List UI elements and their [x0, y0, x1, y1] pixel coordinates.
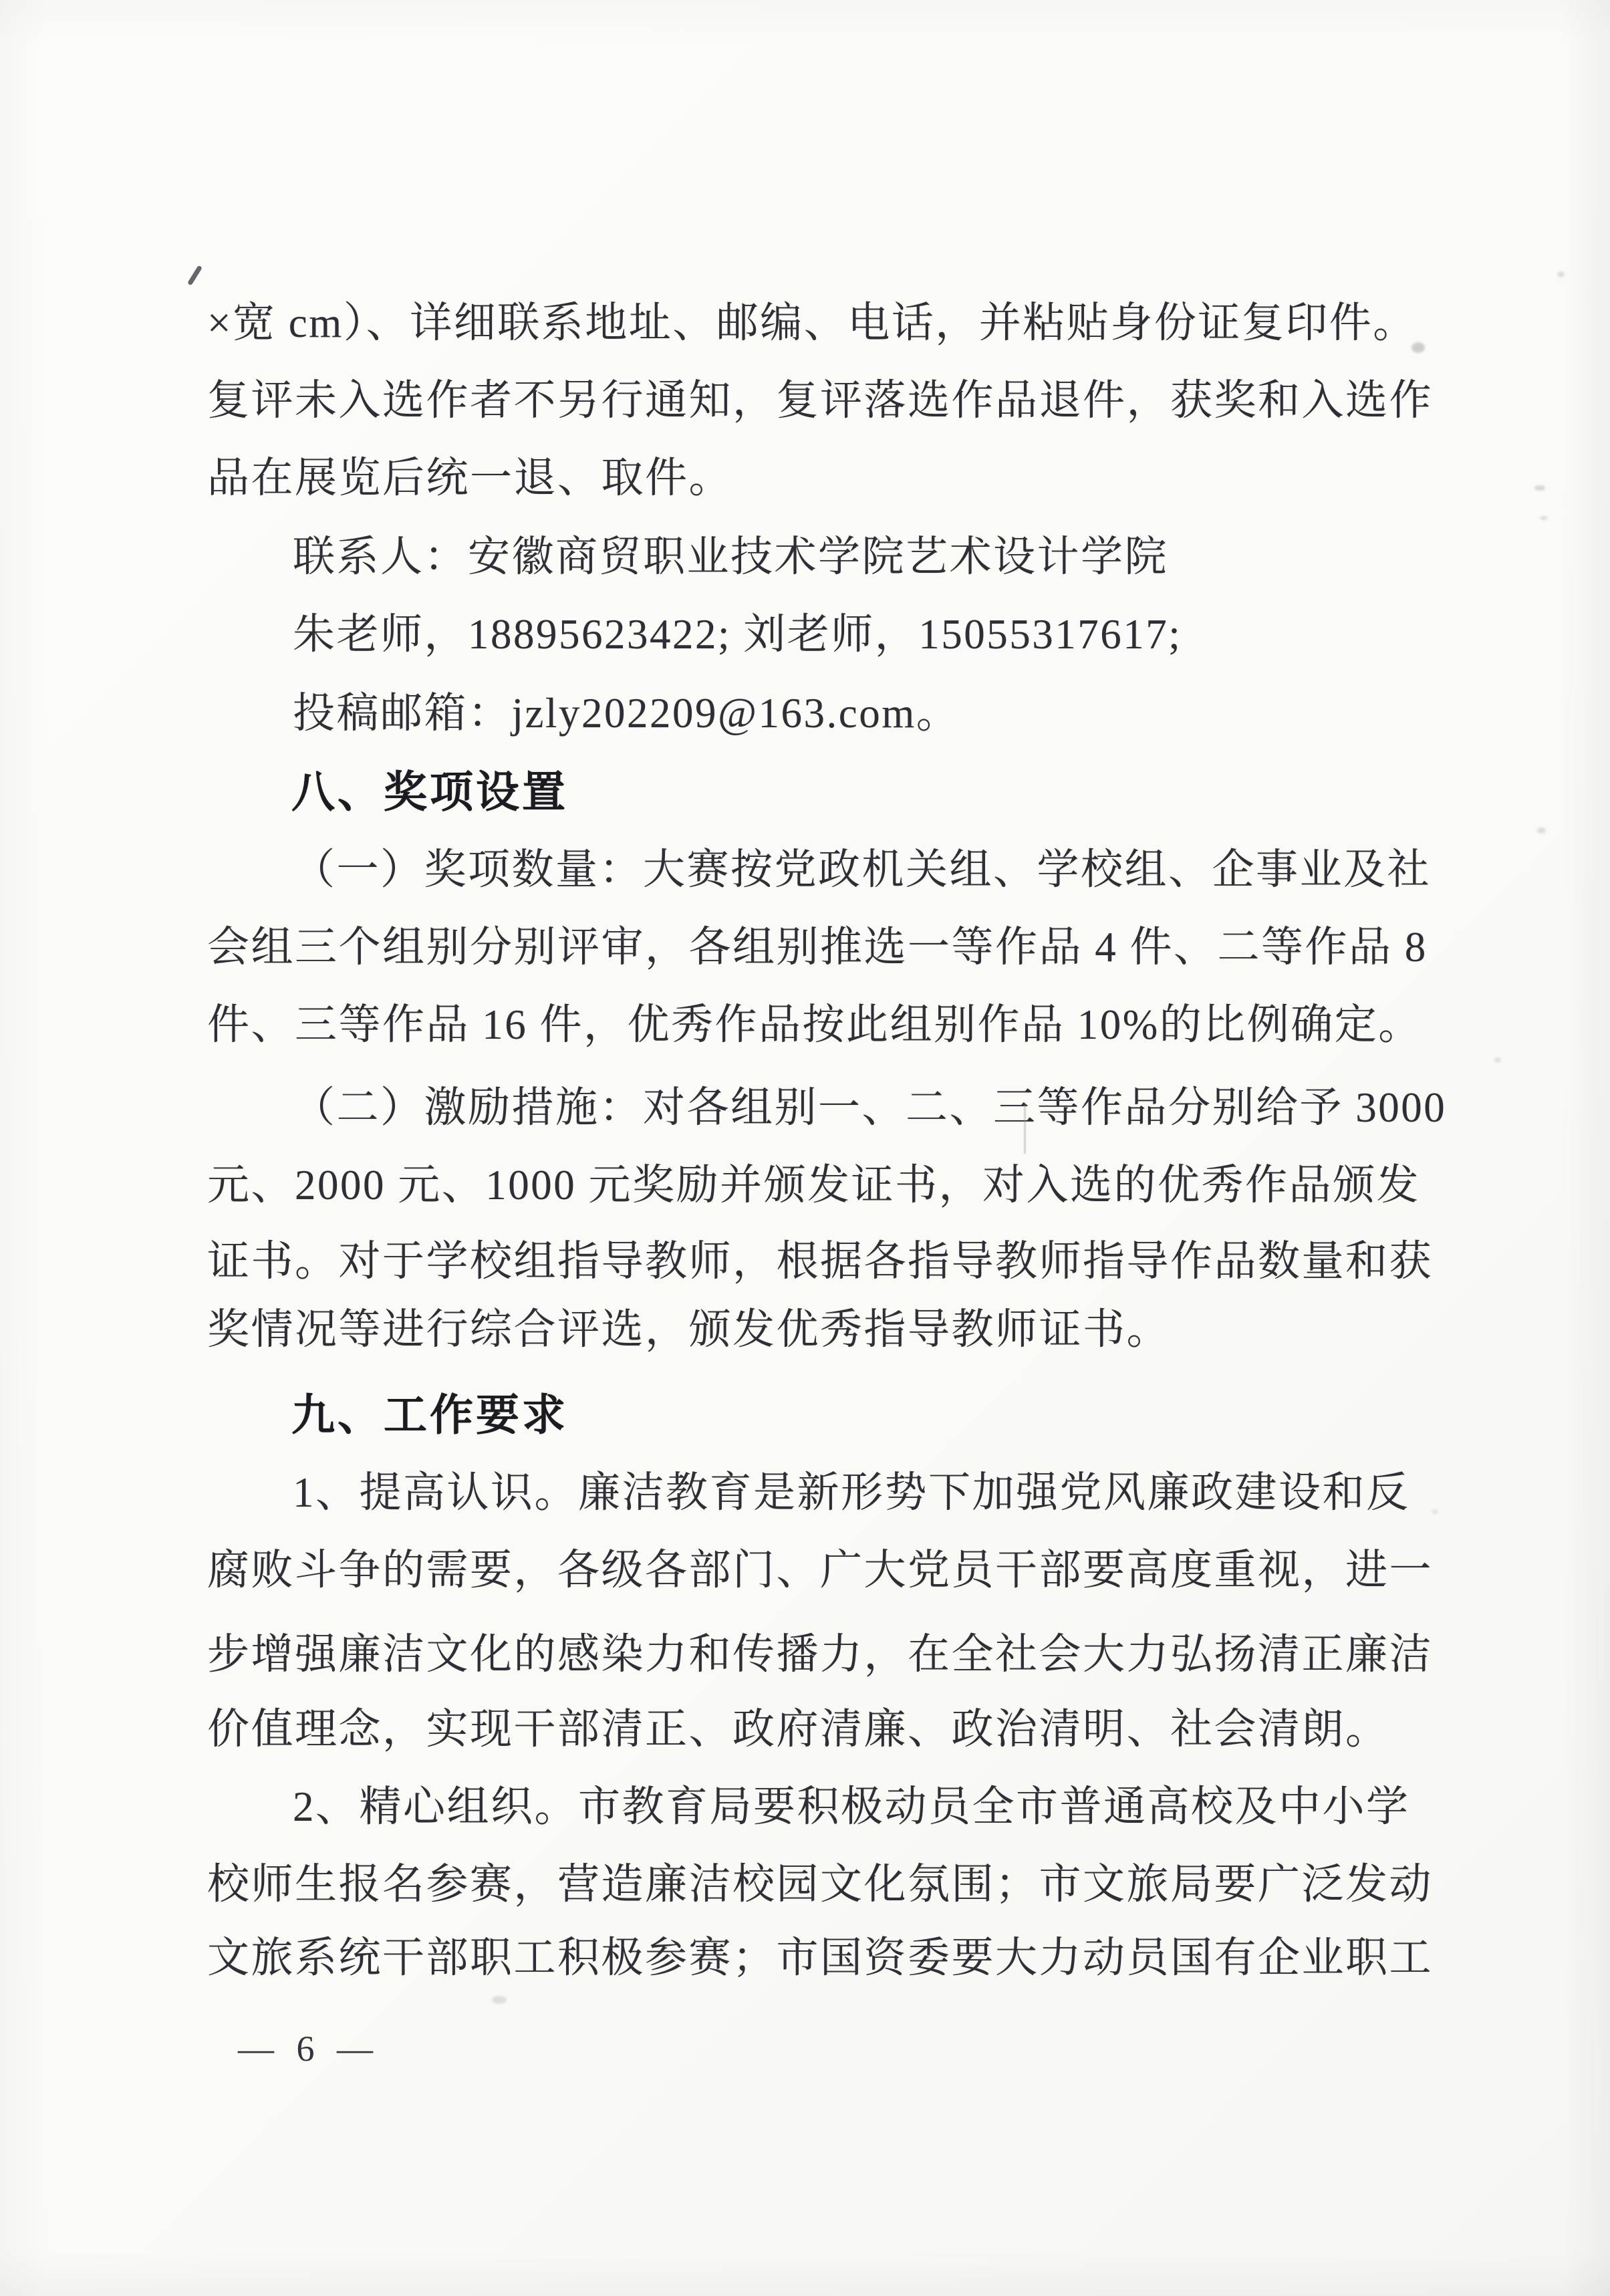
doc-line: 件、三等作品 16 件，优秀作品按此组别作品 10%的比例确定。 — [207, 1004, 1422, 1046]
scan-speck — [1537, 827, 1546, 834]
scan-speck — [1534, 485, 1545, 491]
scan-crease-mark — [1024, 1104, 1026, 1154]
scan-speck — [1412, 342, 1425, 353]
doc-line: ×宽 cm）、详细联系地址、邮编、电话，并粘贴身份证复印件。 — [207, 302, 1417, 344]
doc-line: 元、2000 元、1000 元奖励并颁发证书，对入选的优秀作品颁发 — [207, 1164, 1420, 1206]
contact-phones-line: 朱老师，18895623422; 刘老师，15055317617; — [293, 614, 1182, 656]
doc-line: 证书。对于学校组指导教师，根据各指导教师指导作品数量和获 — [207, 1241, 1433, 1283]
doc-line: 复评未入选作者不另行通知，复评落选作品退件，获奖和入选作 — [207, 380, 1433, 422]
doc-line: 2、精心组织。市教育局要积极动员全市普通高校及中小学 — [293, 1786, 1410, 1828]
section-heading-work-requirements: 九、工作要求 — [291, 1393, 568, 1436]
scan-speck — [1494, 1057, 1501, 1063]
doc-line: 校师生报名参赛，营造廉洁校园文化氛围；市文旅局要广泛发动 — [207, 1864, 1433, 1906]
scan-speck — [1557, 271, 1565, 277]
stray-pen-mark — [187, 265, 203, 286]
scan-speck — [1540, 516, 1548, 520]
doc-line: 1、提高认识。廉洁教育是新形势下加强党风廉政建设和反 — [293, 1472, 1410, 1514]
doc-line: 文旅系统干部职工积极参赛；市国资委要大力动员国有企业职工 — [207, 1937, 1433, 1979]
doc-line: 品在展览后统一退、取件。 — [207, 457, 732, 499]
section-heading-awards: 八、奖项设置 — [291, 770, 568, 813]
doc-line: 价值理念，实现干部清正、政府清廉、政治清明、社会清朗。 — [207, 1708, 1389, 1751]
doc-line: 会组三个组别分别评审，各组别推选一等作品 4 件、二等作品 8 — [207, 926, 1428, 969]
scan-speck — [492, 1996, 507, 2004]
doc-line: 步增强廉洁文化的感染力和传播力，在全社会大力弘扬清正廉洁 — [207, 1634, 1433, 1676]
doc-line: 奖情况等进行综合评选，颁发优秀指导教师证书。 — [207, 1309, 1170, 1351]
contact-person-line: 联系人：安徽商贸职业技术学院艺术设计学院 — [293, 536, 1168, 578]
scanned-document-page: ×宽 cm）、详细联系地址、邮编、电话，并粘贴身份证复印件。 复评未入选作者不另… — [0, 0, 1610, 2296]
page-number: — 6 — — [238, 2028, 380, 2069]
doc-line: （二）激励措施：对各组别一、二、三等作品分别给予 3000 — [293, 1087, 1446, 1129]
scan-speck — [1432, 1509, 1438, 1514]
submission-email-line: 投稿邮箱：jzly202209@163.com。 — [293, 692, 960, 735]
doc-line: 腐败斗争的需要，各级各部门、广大党员干部要高度重视，进一 — [207, 1549, 1433, 1591]
doc-line: （一）奖项数量：大赛按党政机关组、学校组、企事业及社 — [293, 849, 1431, 891]
